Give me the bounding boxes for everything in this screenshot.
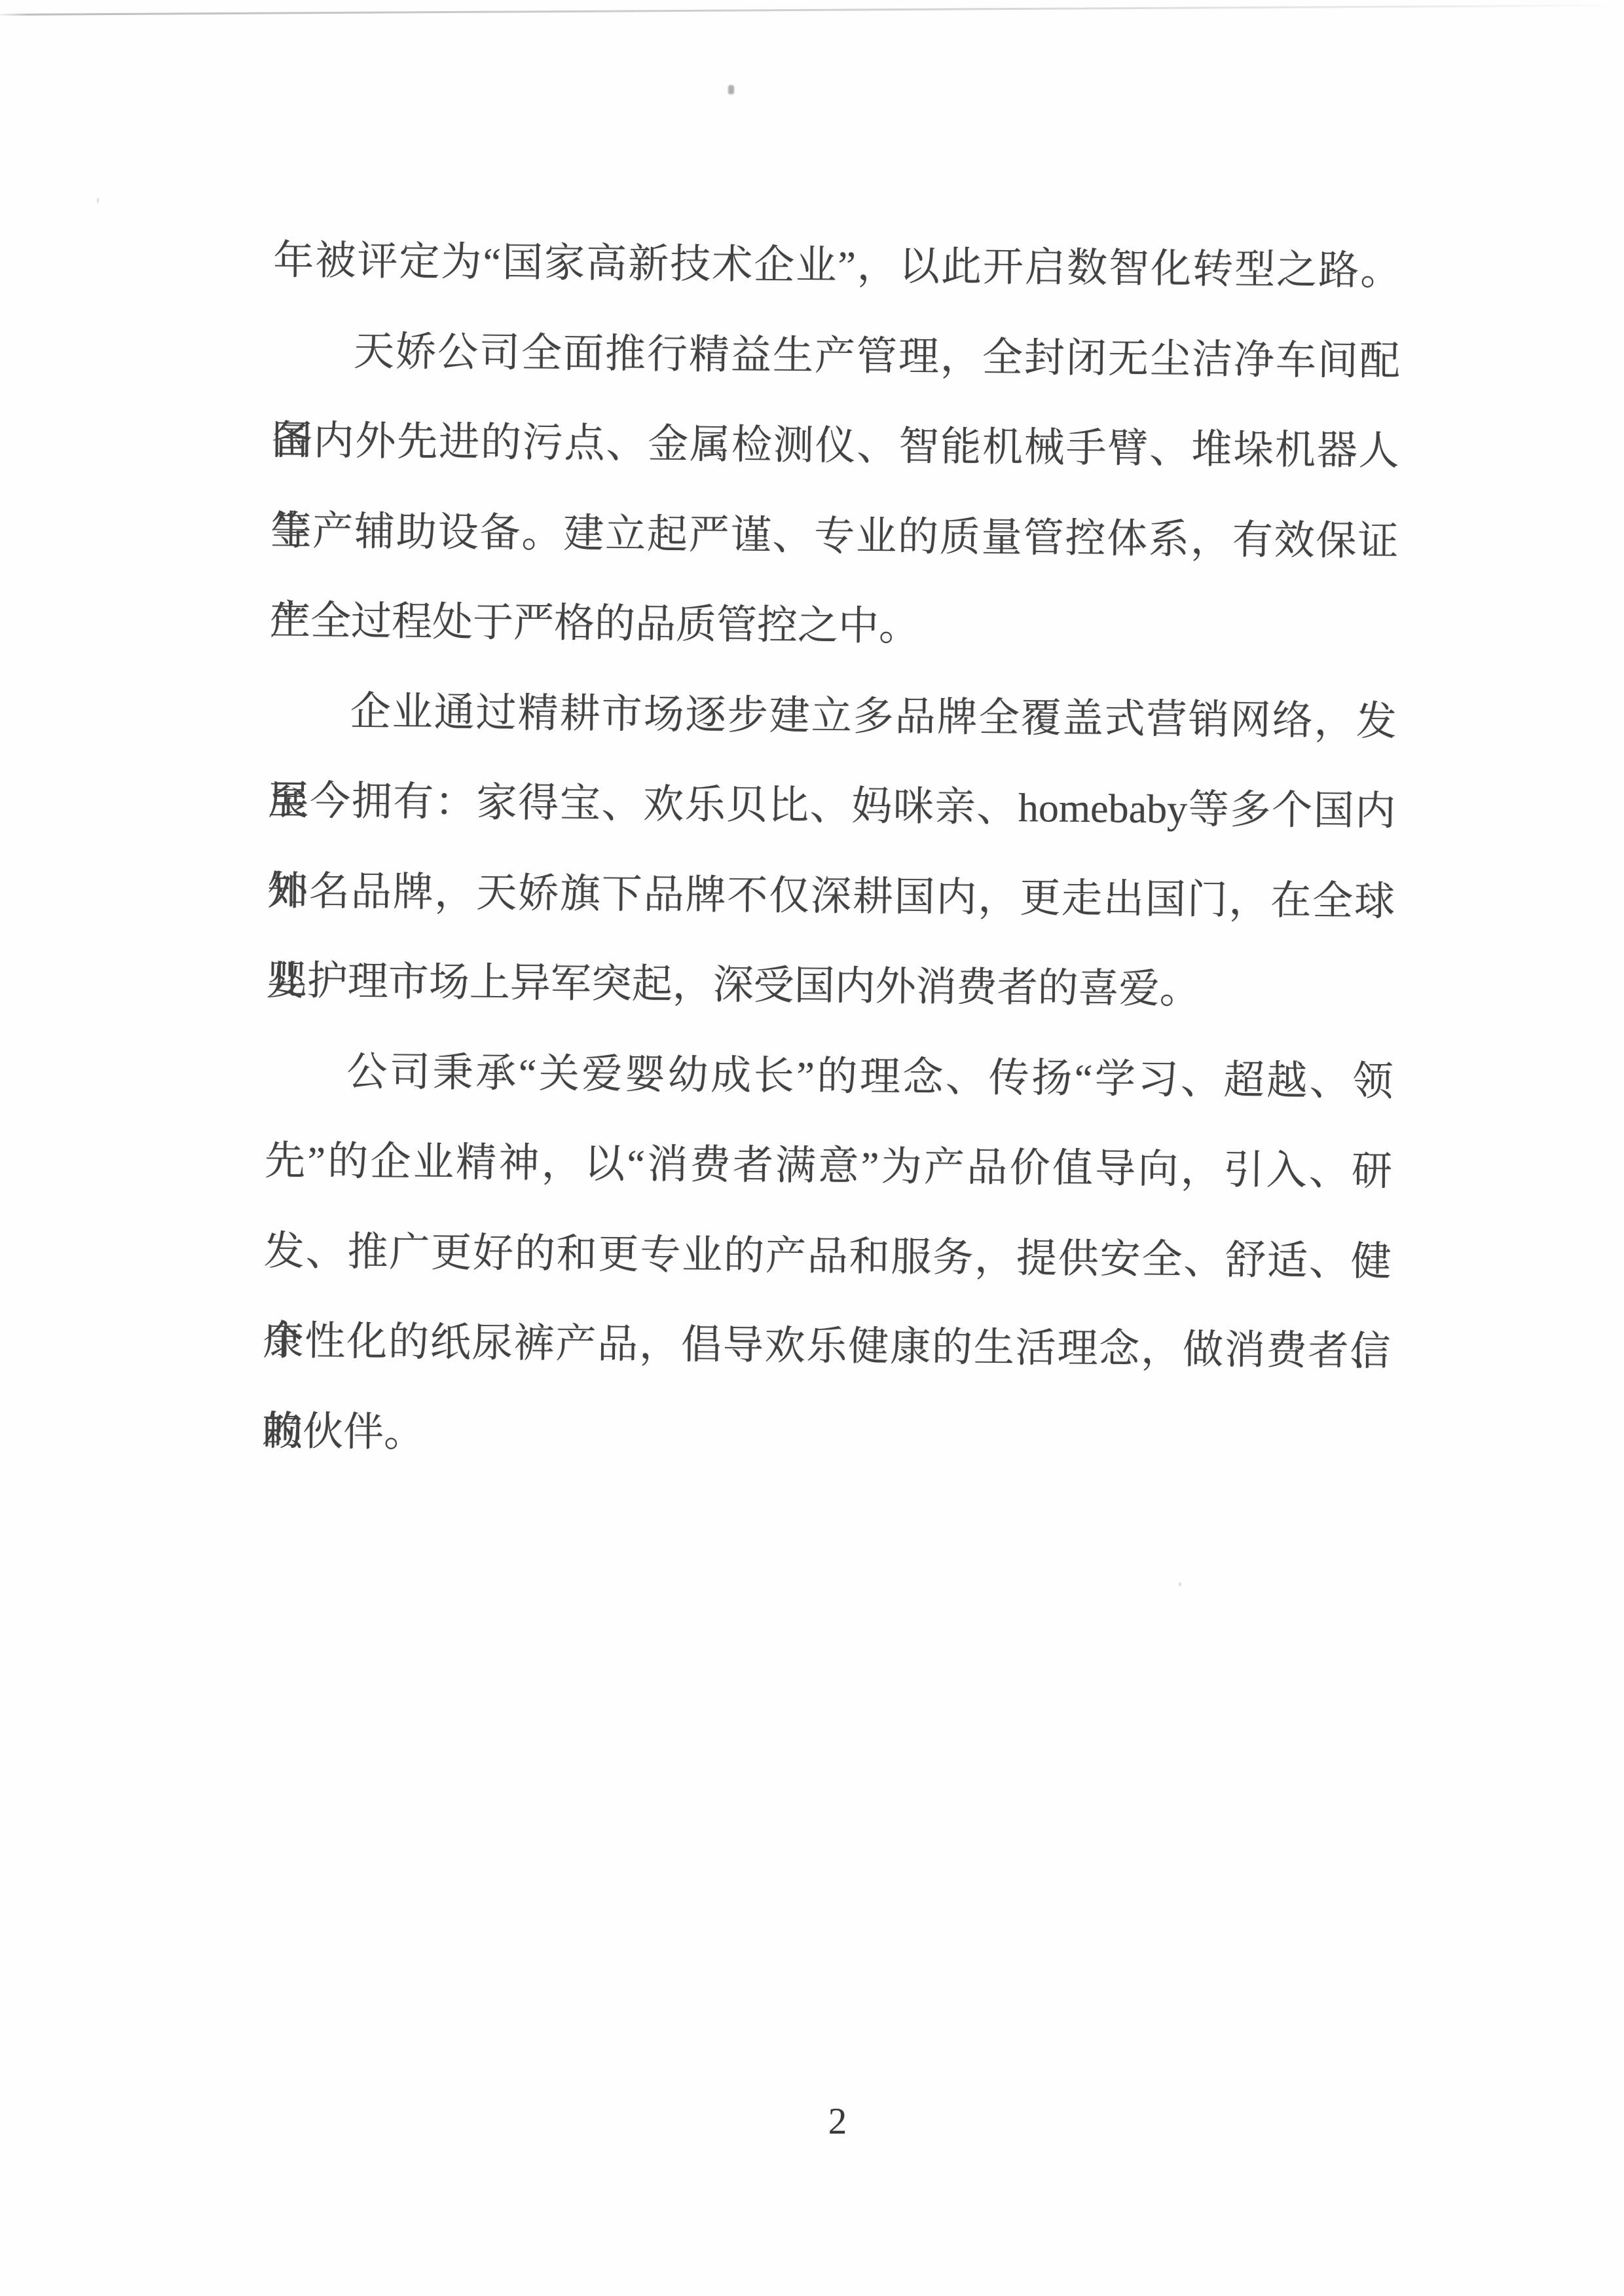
page-number: 2 [274, 2102, 1401, 2141]
text-line: 企业通过精耕市场逐步建立多品牌全覆盖式营销网络，发展 [268, 666, 1397, 767]
text-line: 先”的企业精神，以“消费者满意”为产品价值导向，引入、研 [264, 1117, 1392, 1217]
text-line: 公司秉承“关爱婴幼成长”的理念、传扬“学习、超越、领 [265, 1026, 1393, 1127]
text-line: 儿护理市场上异军突起，深受国内外消费者的喜爱。 [266, 936, 1394, 1037]
text-line: 年被评定为“国家高新技术企业”，以此开启数智化转型之路。 [273, 216, 1401, 317]
scan-speck [97, 198, 99, 203]
document-body: 年被评定为“国家高新技术企业”，以此开启数智化转型之路。天娇公司全面推行精益生产… [262, 216, 1401, 1487]
text-line: 天娇公司全面推行精益生产管理，全封闭无尘洁净车间配备 [272, 306, 1400, 407]
text-line: 个性化的纸尿裤产品，倡导欢乐健康的生活理念，做消费者信赖 [263, 1297, 1391, 1398]
text-line: 至今拥有：家得宝、欢乐贝比、妈咪亲、homebaby等多个国内外 [268, 756, 1396, 857]
text-line: 的伙伴。 [262, 1386, 1390, 1487]
text-line: 产全过程处于严格的品质管控之中。 [269, 576, 1397, 677]
text-line: 生产辅助设备。建立起严谨、专业的质量管控体系，有效保证生 [270, 486, 1399, 587]
scanner-edge-artifact [0, 5, 1624, 16]
scan-speck [728, 85, 734, 94]
text-line: 知名品牌，天娇旗下品牌不仅深耕国内，更走出国门，在全球婴 [267, 846, 1395, 947]
text-line: 国内外先进的污点、金属检测仪、智能机械手臂、堆垛机器人等 [271, 396, 1399, 497]
text-line: 发、推广更好的和更专业的产品和服务，提供安全、舒适、健康、 [263, 1206, 1392, 1307]
scan-speck [1179, 1582, 1181, 1586]
